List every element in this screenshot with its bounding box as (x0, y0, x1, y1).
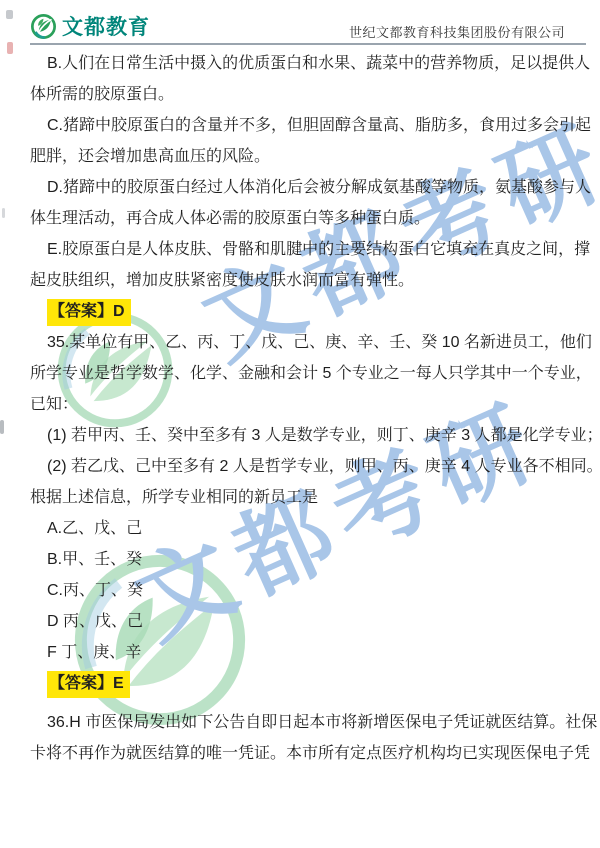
text-line: (2) 若乙戊、己中至多有 2 人是哲学专业，则甲、丙、庚辛 4 人专业各不相同… (30, 451, 600, 482)
text-line: 体所需的胶原蛋白。 (30, 79, 600, 110)
line-text: 所学专业是哲学数学、化学、金融和会计 5 个专业之一每人只学其中一个专业， (30, 365, 592, 382)
line-text: 根据上述信息，所学专业相同的新员工是 (30, 489, 318, 506)
brand-logo-icon (30, 13, 57, 40)
answer-badge-36: 【答案】E (30, 668, 600, 699)
line-text: 起皮肤组织，增加皮肤紧密度使皮肤水润而富有弹性。 (30, 272, 414, 289)
option-f: F 丁、庚、辛 (30, 637, 600, 668)
text-line: E.胶原蛋白是人体皮肤、骨骼和肌腱中的主要结构蛋白它填充在真皮之间，撑 (30, 234, 600, 265)
text-line: D.猪蹄中的胶原蛋白经过人体消化后会被分解成氨基酸等物质，氨基酸参与人 (30, 172, 600, 203)
scan-artifact (6, 10, 13, 19)
line-text: D 丙、戊、己 (47, 613, 143, 630)
text-line: 35.某单位有甲、乙、丙、丁、戊、己、庚、辛、壬、癸 10 名新进员工，他们 (30, 327, 600, 358)
scan-artifact (7, 42, 13, 54)
line-text: (2) 若乙戊、己中至多有 2 人是哲学专业，则甲、丙、庚辛 4 人专业各不相同… (47, 458, 600, 475)
answer-text: 【答案】D (47, 299, 131, 326)
scan-artifact (2, 208, 5, 218)
header-divider (30, 43, 586, 45)
option-d: D 丙、戊、己 (30, 606, 600, 637)
line-text: C.丙、丁、癸 (47, 582, 143, 599)
line-text: 体生理活动，再合成人体必需的胶原蛋白等多种蛋白质。 (30, 210, 430, 227)
page-header: 文都教育 世纪文都教育科技集团股份有限公司 (0, 0, 600, 46)
line-text: 肥胖，还会增加患高血压的风险。 (30, 148, 270, 165)
line-text: 卡将不再作为就医结算的唯一凭证。本市所有定点医疗机构均已实现医保电子凭 (30, 745, 590, 762)
line-text: 体所需的胶原蛋白。 (30, 86, 174, 103)
text-line: C.猪蹄中胶原蛋白的含量并不多，但胆固醇含量高、脂肪多，食用过多会引起 (30, 110, 600, 141)
line-text: (1) 若甲丙、壬、癸中至多有 3 人是数学专业，则丁、庚辛 3 人都是化学专业… (47, 427, 600, 444)
answer-text: 【答案】E (47, 671, 130, 698)
text-line: 肥胖，还会增加患高血压的风险。 (30, 141, 600, 172)
text-line: 体生理活动，再合成人体必需的胶原蛋白等多种蛋白质。 (30, 203, 600, 234)
document-page: 文都教育 世纪文都教育科技集团股份有限公司 文都考研 文都考研 B.人们在日常生… (0, 0, 600, 848)
line-text: D.猪蹄中的胶原蛋白经过人体消化后会被分解成氨基酸等物质，氨基酸参与人 (47, 179, 591, 196)
text-line: B.人们在日常生活中摄入的优质蛋白和水果、蔬菜中的营养物质，足以提供人 (30, 48, 600, 79)
text-line: 根据上述信息，所学专业相同的新员工是 (30, 482, 600, 513)
text-line: 起皮肤组织，增加皮肤紧密度使皮肤水润而富有弹性。 (30, 265, 600, 296)
text-line: 36.H 市医保局发出如下公告自即日起本市将新增医保电子凭证就医结算。社保 (30, 707, 600, 738)
text-line: 已知： (30, 389, 600, 420)
line-text: 已知： (30, 396, 78, 413)
line-text: A.乙、戊、己 (47, 520, 142, 537)
text-line: 卡将不再作为就医结算的唯一凭证。本市所有定点医疗机构均已实现医保电子凭 (30, 738, 600, 769)
line-text: 36.H 市医保局发出如下公告自即日起本市将新增医保电子凭证就医结算。社保 (47, 714, 597, 731)
line-text: E.胶原蛋白是人体皮肤、骨骼和肌腱中的主要结构蛋白它填充在真皮之间，撑 (47, 241, 590, 258)
line-text: 35.某单位有甲、乙、丙、丁、戊、己、庚、辛、壬、癸 10 名新进员工，他们 (47, 334, 592, 351)
option-a: A.乙、戊、己 (30, 513, 600, 544)
line-text: B.甲、壬、癸 (47, 551, 142, 568)
line-text: C.猪蹄中胶原蛋白的含量并不多，但胆固醇含量高、脂肪多，食用过多会引起 (47, 117, 591, 134)
line-text: F 丁、庚、辛 (47, 644, 141, 661)
document-body: B.人们在日常生活中摄入的优质蛋白和水果、蔬菜中的营养物质，足以提供人体所需的胶… (30, 48, 600, 769)
option-c: C.丙、丁、癸 (30, 575, 600, 606)
text-line: (1) 若甲丙、壬、癸中至多有 3 人是数学专业，则丁、庚辛 3 人都是化学专业… (30, 420, 600, 451)
scan-artifact (0, 420, 4, 434)
brand-logo: 文都教育 (30, 11, 150, 41)
company-name: 世纪文都教育科技集团股份有限公司 (349, 22, 565, 41)
line-text: B.人们在日常生活中摄入的优质蛋白和水果、蔬菜中的营养物质，足以提供人 (47, 55, 590, 72)
text-line: 所学专业是哲学数学、化学、金融和会计 5 个专业之一每人只学其中一个专业， (30, 358, 600, 389)
option-b: B.甲、壬、癸 (30, 544, 600, 575)
answer-badge-35: 【答案】D (30, 296, 600, 327)
brand-logo-text: 文都教育 (62, 11, 150, 41)
